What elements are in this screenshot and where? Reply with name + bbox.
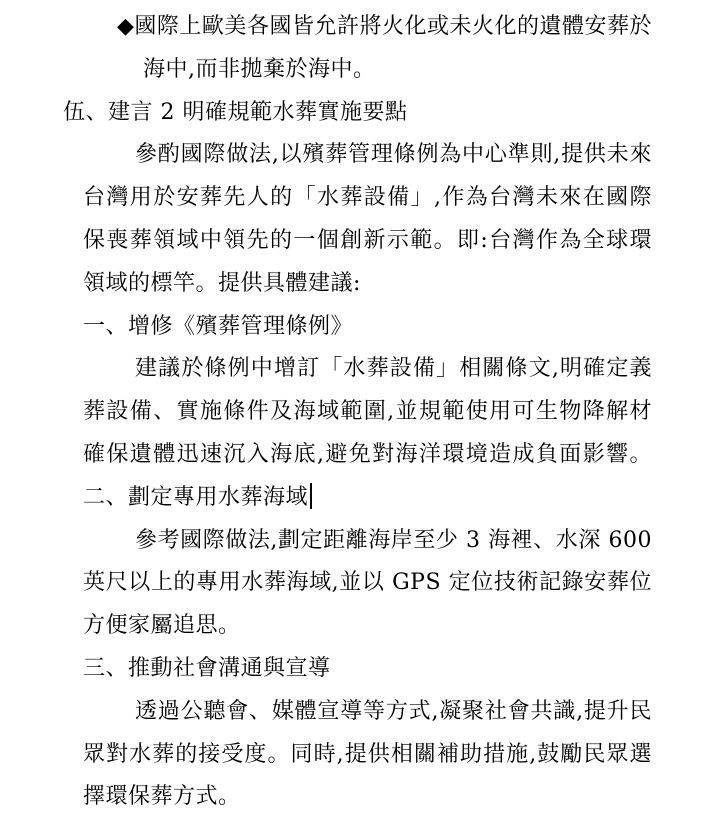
paragraph-line: 確保遺體迅速沉入海底,避免對海洋環境造成負面影響。 [83,434,652,477]
paragraph-line: 方便家屬追思。 [83,605,652,648]
item-heading-2: 二、劃定專用水葬海域 [83,477,652,520]
bullet-line-1: ◆國際上歐美各國皆允許將火化或未火化的遺體安葬於 [117,6,652,49]
document-page: ◆國際上歐美各國皆允許將火化或未火化的遺體安葬於 海中,而非拋棄於海中。 伍、建… [0,0,709,830]
item-heading-2-text: 二、劃定專用水葬海域 [83,485,308,510]
paragraph-line: 領域的標竿。提供具體建議: [83,263,652,306]
bullet-line-2: 海中,而非拋棄於海中。 [143,49,652,92]
section-heading-5: 伍、建言 2 明確規範水葬實施要點 [63,92,652,135]
paragraph-line: 台灣用於安葬先人的「水葬設備」,作為台灣未來在國際環 [83,177,652,220]
item-heading-3: 三、推動社會溝通與宣導 [83,648,652,691]
paragraph-line: 擇環保葬方式。 [83,776,652,819]
item-heading-1: 一、增修《殯葬管理條例》 [83,306,652,349]
paragraph-line: 參酌國際做法,以殯葬管理條例為中心準則,提供未來 [135,134,652,177]
paragraph-line: 參考國際做法,劃定距離海岸至少 3 海裡、水深 600 [135,520,652,563]
paragraph-line: 英尺以上的專用水葬海域,並以 GPS 定位技術記錄安葬位置, [83,562,652,605]
paragraph-line: 眾對水葬的接受度。同時,提供相關補助措施,鼓勵民眾選 [83,734,652,777]
paragraph-line: 透過公聽會、媒體宣導等方式,凝聚社會共識,提升民 [135,691,652,734]
paragraph-line: 保喪葬領域中領先的一個創新示範。即:台灣作為全球環保 [83,220,652,263]
text-cursor[interactable] [310,483,312,509]
paragraph-line: 葬設備、實施條件及海域範圍,並規範使用可生物降解材料, [83,391,652,434]
paragraph-line: 建議於條例中增訂「水葬設備」相關條文,明確定義水 [135,348,652,391]
